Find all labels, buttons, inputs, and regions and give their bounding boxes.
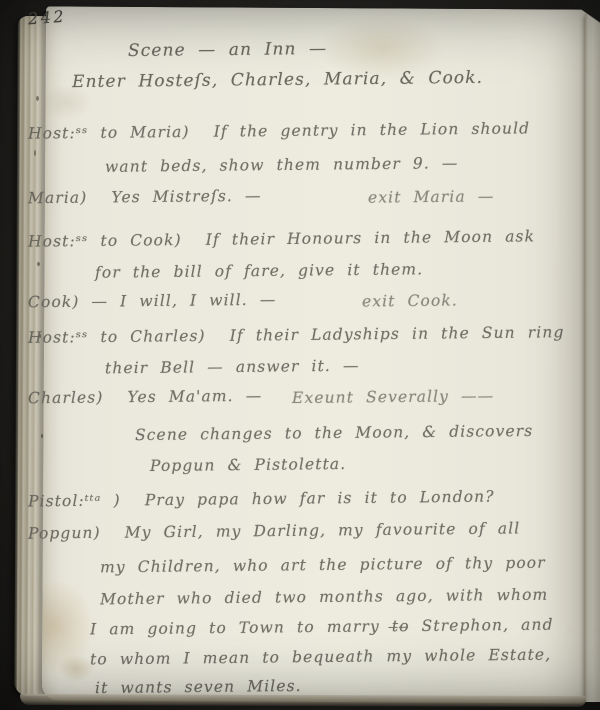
manuscript-line: Popgun & Pistoletta.: [150, 455, 346, 475]
manuscript-line: Scene changes to the Moon, & discovers: [135, 422, 533, 444]
manuscript-line: exit Cook.: [362, 291, 458, 310]
manuscript-line: my Children, who art the picture of thy …: [100, 554, 546, 577]
manuscript-line: Pistol:ᵗᵗᵃ ) Pray papa how far is it to …: [28, 488, 495, 511]
manuscript-text: Scene — an Inn —Enter Hosteſs, Charles, …: [0, 0, 600, 710]
manuscript-line: Cook) — I will, I will. —: [28, 291, 277, 312]
manuscript-line: Scene — an Inn —: [128, 39, 327, 61]
manuscript-line: Popgun) My Girl, my Darling, my favourit…: [28, 519, 520, 542]
manuscript-line: to whom I mean to bequeath my whole Esta…: [90, 646, 551, 669]
manuscript-line: Mother who died two months ago, with who…: [100, 586, 548, 609]
manuscript-line: I am going to Town to marry t̶o̶ Strepho…: [90, 616, 554, 639]
manuscript-line: it wants seven Miles.: [95, 677, 302, 697]
manuscript-line: their Bell — answer it. —: [105, 357, 360, 378]
manuscript-line: Host:ˢˢ to Cook) If their Honours in the…: [28, 227, 535, 250]
manuscript-line: Maria) Yes Mistreſs. —: [28, 187, 262, 207]
manuscript-line: exit Maria —: [368, 187, 495, 206]
manuscript-line: Enter Hosteſs, Charles, Maria, & Cook.: [72, 68, 483, 92]
manuscript-photograph: 242 Scene — an Inn —Enter Hosteſs, Charl…: [0, 0, 600, 710]
manuscript-line: want beds, show them number 9. —: [105, 154, 459, 176]
manuscript-line: Exeunt Severally ——: [292, 387, 494, 407]
manuscript-line: Charles) Yes Ma'am. —: [28, 387, 262, 407]
manuscript-line: Host:ˢˢ to Maria) If the gentry in the L…: [28, 119, 530, 142]
manuscript-line: Host:ˢˢ to Charles) If their Ladyships i…: [28, 323, 565, 347]
manuscript-line: for the bill of fare, give it them.: [95, 260, 423, 281]
